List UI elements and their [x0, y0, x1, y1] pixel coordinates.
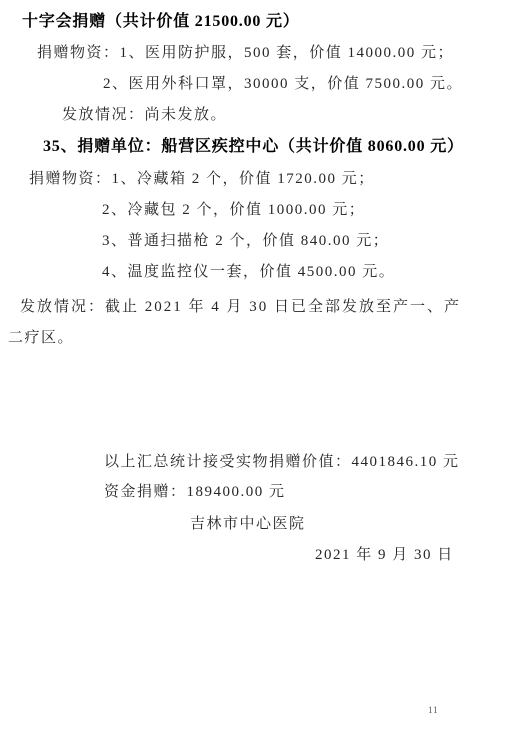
- page-number: 11: [428, 705, 439, 715]
- donated-goods-item-4: 4、温度监控仪一套，价值 4500.00 元。: [102, 264, 395, 281]
- donated-goods-item-2: 2、冷藏包 2 个，价值 1000.00 元；: [102, 202, 365, 219]
- summary-total-in-kind-line: 以上汇总统计接受实物捐赠价值：4401846.10 元: [104, 454, 460, 471]
- donation-entry-35-heading: 35、捐赠单位：船营区疾控中心（共计价值 8060.00 元）: [43, 138, 464, 155]
- distribution-status-line-1: 发放情况：截止 2021 年 4 月 30 日已全部发放至产一、产: [20, 299, 461, 316]
- donated-goods-item-1: 捐赠物资：1、冷藏箱 2 个，价值 1720.00 元；: [29, 171, 375, 188]
- donation-entry-continued-heading: 十字会捐赠（共计价值 21500.00 元）: [22, 13, 300, 30]
- donated-goods-item-2: 2、医用外科口罩，30000 支，价值 7500.00 元。: [103, 76, 463, 93]
- distribution-status-line: 发放情况：尚未发放。: [62, 107, 227, 124]
- donated-goods-item-3: 3、普通扫描枪 2 个，价值 840.00 元；: [102, 233, 389, 250]
- distribution-status-line-2: 二疗区。: [8, 330, 74, 347]
- document-page: 十字会捐赠（共计价值 21500.00 元） 捐赠物资：1、医用防护服，500 …: [0, 0, 508, 746]
- document-date: 2021 年 9 月 30 日: [315, 547, 454, 564]
- summary-total-cash-line: 资金捐赠：189400.00 元: [104, 484, 286, 501]
- donated-goods-item-1: 捐赠物资：1、医用防护服，500 套，价值 14000.00 元；: [37, 45, 454, 62]
- issuer-signature: 吉林市中心医院: [190, 516, 306, 533]
